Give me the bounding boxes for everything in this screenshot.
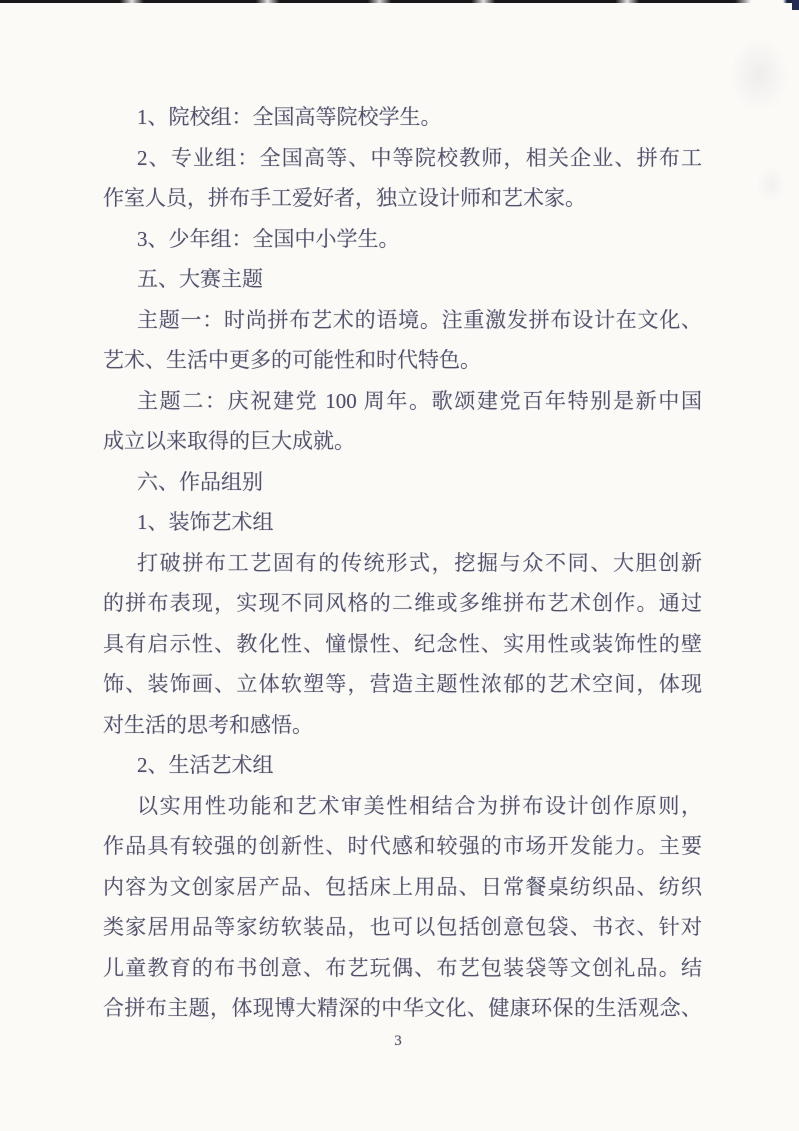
text-line: 类家居用品等家纺软装品，也可以包括创意包袋、书衣、针对 [103,907,702,948]
text-line: 主题一：时尚拼布艺术的语境。注重激发拼布设计在文化、 [103,300,702,341]
text-line: 打破拼布工艺固有的传统形式，挖掘与众不同、大胆创新 [103,543,702,584]
paragraph: 打破拼布工艺固有的传统形式，挖掘与众不同、大胆创新的拼布表现，实现不同风格的二维… [103,543,702,746]
document-body: 1、院校组：全国高等院校学生。2、专业组：全国高等、中等院校教师，相关企业、拼布… [103,97,702,1029]
text-line: 3、少年组：全国中小学生。 [103,219,702,260]
text-line: 作品具有较强的创新性、时代感和较强的市场开发能力。主要 [103,826,702,867]
paragraph: 2、专业组：全国高等、中等院校教师，相关企业、拼布工作室人员，拼布手工爱好者，独… [103,138,702,219]
text-line: 具有启示性、教化性、憧憬性、纪念性、实用性或装饰性的壁 [103,624,702,665]
paragraph: 1、院校组：全国高等院校学生。 [103,97,702,138]
text-line: 成立以来取得的巨大成就。 [103,421,702,462]
text-line: 对生活的思考和感悟。 [103,705,702,746]
scanned-page: 1、院校组：全国高等院校学生。2、专业组：全国高等、中等院校教师，相关企业、拼布… [0,0,799,1131]
text-line: 内容为文创家居产品、包括床上用品、日常餐桌纺织品、纺织 [103,867,702,908]
scan-noise-blotch [719,25,799,125]
paragraph: 3、少年组：全国中小学生。 [103,219,702,260]
text-line: 1、院校组：全国高等院校学生。 [103,97,702,138]
text-line: 2、生活艺术组 [103,745,702,786]
text-line: 主题二：庆祝建党 100 周年。歌颂建党百年特别是新中国 [103,381,702,422]
text-line: 合拼布主题，体现博大精深的中华文化、健康环保的生活观念、 [103,988,702,1029]
text-line: 艺术、生活中更多的可能性和时代特色。 [103,340,702,381]
scan-corner-mark [792,0,799,10]
paragraph: 六、作品组别 [103,462,702,503]
text-line: 的拼布表现，实现不同风格的二维或多维拼布艺术创作。通过 [103,583,702,624]
text-line: 儿童教育的布书创意、布艺玩偶、布艺包装袋等文创礼品。结 [103,948,702,989]
scan-top-edge-artifact [0,0,799,3]
page-number: 3 [0,1031,796,1051]
text-line: 五、大赛主题 [103,259,702,300]
text-line: 作室人员，拼布手工爱好者，独立设计师和艺术家。 [103,178,702,219]
paragraph: 1、装饰艺术组 [103,502,702,543]
paragraph: 主题二：庆祝建党 100 周年。歌颂建党百年特别是新中国成立以来取得的巨大成就。 [103,381,702,462]
paragraph: 主题一：时尚拼布艺术的语境。注重激发拼布设计在文化、艺术、生活中更多的可能性和时… [103,300,702,381]
text-line: 1、装饰艺术组 [103,502,702,543]
text-line: 以实用性功能和艺术审美性相结合为拼布设计创作原则， [103,786,702,827]
paragraph: 以实用性功能和艺术审美性相结合为拼布设计创作原则，作品具有较强的创新性、时代感和… [103,786,702,1029]
text-line: 2、专业组：全国高等、中等院校教师，相关企业、拼布工 [103,138,702,179]
scan-noise-blotch [751,160,791,210]
paragraph: 2、生活艺术组 [103,745,702,786]
paragraph: 五、大赛主题 [103,259,702,300]
text-line: 饰、装饰画、立体软塑等，营造主题性浓郁的艺术空间，体现 [103,664,702,705]
text-line: 六、作品组别 [103,462,702,503]
